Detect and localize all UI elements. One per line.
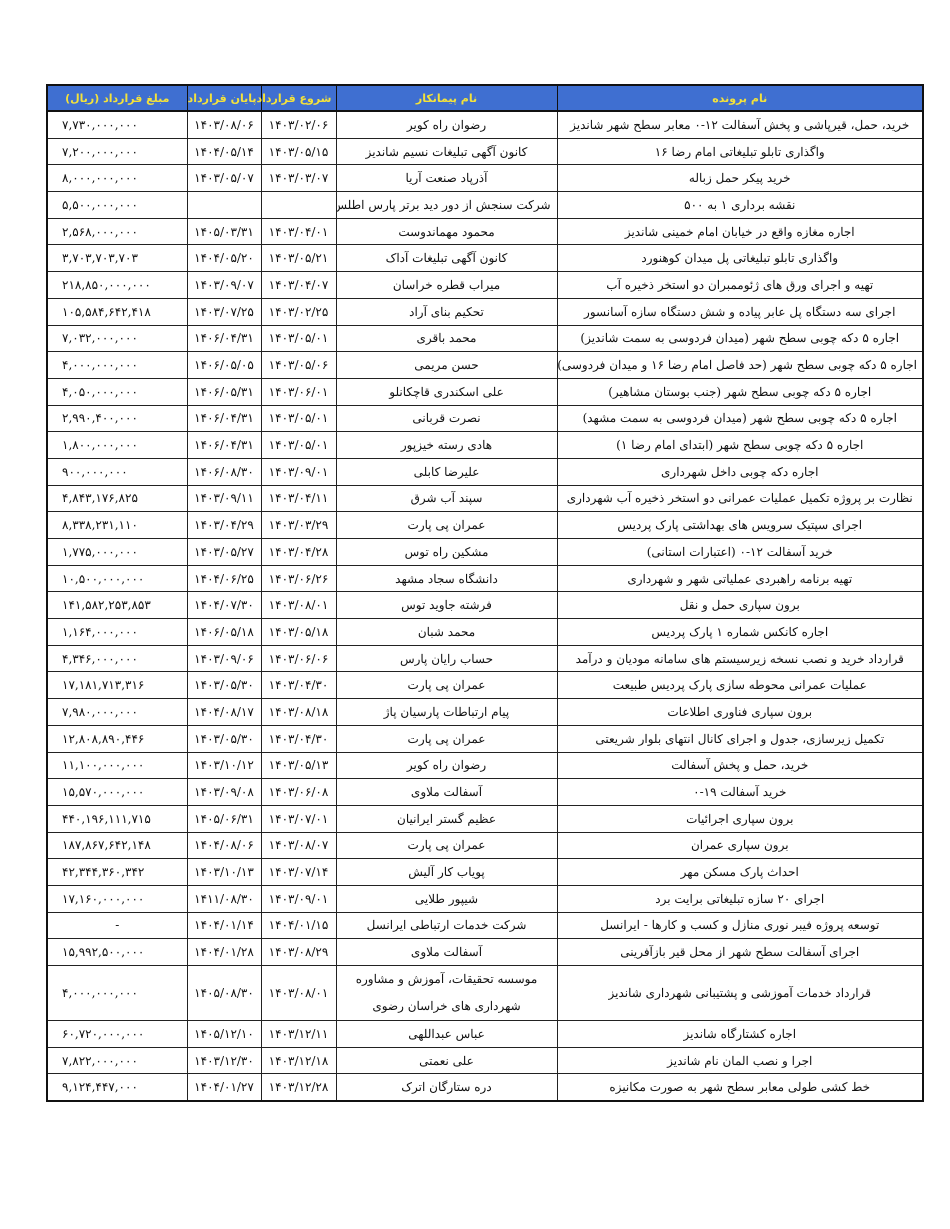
case-name: اجاره ۵ دکه چوبی سطح شهر (میدان فردوسی ب… (557, 405, 923, 432)
start-date: ۱۴۰۳/۰۵/۱۵ (261, 138, 336, 165)
amount: ۳,۷۰۳,۷۰۳,۷۰۳ (47, 245, 187, 272)
end-date: ۱۴۰۴/۰۸/۰۶ (187, 832, 261, 859)
amount: ۱۰۵,۵۸۴,۶۴۲,۴۱۸ (47, 298, 187, 325)
start-date: ۱۴۰۳/۰۷/۱۴ (261, 859, 336, 886)
contractor: عمران پی پارت (336, 725, 557, 752)
case-name: خرید، حمل، قیرپاشی و پخش آسفالت ۱۲-۰ معا… (557, 111, 923, 138)
case-name: برون سپاری عمران (557, 832, 923, 859)
start-date: ۱۴۰۳/۰۴/۰۱ (261, 218, 336, 245)
amount: ۲۱۸,۸۵۰,۰۰۰,۰۰۰ (47, 272, 187, 299)
table-row: اجاره دکه چوبی داخل شهرداریعلیرضا کابلی۱… (47, 458, 923, 485)
end-date: ۱۴۰۴/۰۱/۲۸ (187, 939, 261, 966)
amount: ۹,۱۲۴,۴۴۷,۰۰۰ (47, 1074, 187, 1101)
table-row: اجاره ۵ دکه چوبی سطح شهر (حد فاصل امام ر… (47, 352, 923, 379)
amount: ۴,۳۴۶,۰۰۰,۰۰۰ (47, 645, 187, 672)
header-end-date: پایان قرارداد (187, 85, 261, 111)
end-date: ۱۴۰۳/۰۵/۰۷ (187, 165, 261, 192)
end-date: ۱۴۰۴/۰۵/۱۴ (187, 138, 261, 165)
table-row: برون سپاری حمل و نقلفرشته جاوید توس۱۴۰۳/… (47, 592, 923, 619)
end-date: ۱۴۰۴/۰۶/۲۵ (187, 565, 261, 592)
amount: ۱۲,۸۰۸,۸۹۰,۴۴۶ (47, 725, 187, 752)
table-row: واگذاری تابلو تبلیغاتی پل میدان کوهنوردک… (47, 245, 923, 272)
contractor: دره ستارگان اترک (336, 1074, 557, 1101)
contractor: عباس عبداللهی (336, 1021, 557, 1048)
header-start-date: شروع قرارداد (261, 85, 336, 111)
table-row: خرید آسفالت ۱۹-۰آسفالت ملاوی۱۴۰۳/۰۶/۰۸۱۴… (47, 779, 923, 806)
contractor: شرکت سنجش از دور دید برتر پارس اطلس (336, 192, 557, 219)
amount: ۷,۸۲۲,۰۰۰,۰۰۰ (47, 1047, 187, 1074)
end-date: ۱۴۰۳/۰۵/۲۷ (187, 539, 261, 566)
header-contractor: نام پیمانکار (336, 85, 557, 111)
contractor: شیپور طلایی (336, 885, 557, 912)
amount: ۴۲,۳۴۴,۳۶۰,۳۴۲ (47, 859, 187, 886)
table-row: قرارداد خرید و نصب نسخه زیرسیستم های سام… (47, 645, 923, 672)
amount: ۱,۷۷۵,۰۰۰,۰۰۰ (47, 539, 187, 566)
case-name: برون سپاری اجرائیات (557, 805, 923, 832)
case-name: اجاره ۵ دکه چوبی سطح شهر (حد فاصل امام ر… (557, 352, 923, 379)
end-date: ۱۴۰۴/۰۵/۲۰ (187, 245, 261, 272)
contractor-line: شهرداری های خراسان رضوی (343, 993, 551, 1020)
end-date: ۱۴۰۳/۱۰/۱۳ (187, 859, 261, 886)
table-row: خرید، حمل و پخش آسفالترضوان راه کویر۱۴۰۳… (47, 752, 923, 779)
end-date: ۱۴۰۶/۰۵/۱۸ (187, 619, 261, 646)
end-date: ۱۴۰۶/۰۵/۳۱ (187, 378, 261, 405)
case-name: توسعه پروژه فیبر نوری منازل و کسب و کاره… (557, 912, 923, 939)
case-name: قرارداد خرید و نصب نسخه زیرسیستم های سام… (557, 645, 923, 672)
end-date: ۱۴۰۳/۱۲/۳۰ (187, 1047, 261, 1074)
start-date: ۱۴۰۳/۰۴/۰۷ (261, 272, 336, 299)
contracts-document: نام پرونده نام پیمانکار شروع قرارداد پای… (46, 84, 922, 1102)
start-date: ۱۴۰۳/۰۵/۱۸ (261, 619, 336, 646)
table-row: تهیه برنامه راهبردی عملیاتی شهر و شهردار… (47, 565, 923, 592)
end-date: ۱۴۰۴/۰۷/۳۰ (187, 592, 261, 619)
end-date: ۱۴۰۵/۰۳/۳۱ (187, 218, 261, 245)
amount: ۱,۱۶۴,۰۰۰,۰۰۰ (47, 619, 187, 646)
table-row: اجاره ۵ دکه چوبی سطح شهر (جنب بوستان مشا… (47, 378, 923, 405)
start-date: ۱۴۰۳/۰۲/۰۶ (261, 111, 336, 138)
start-date: ۱۴۰۳/۰۶/۰۸ (261, 779, 336, 806)
amount: ۴۴۰,۱۹۶,۱۱۱,۷۱۵ (47, 805, 187, 832)
start-date: ۱۴۰۳/۱۲/۲۸ (261, 1074, 336, 1101)
start-date: ۱۴۰۳/۰۵/۰۶ (261, 352, 336, 379)
table-row: اجرای سه دستگاه پل عابر پیاده و شش دستگا… (47, 298, 923, 325)
case-name: اجاره مغازه واقع در خیابان امام خمینی شا… (557, 218, 923, 245)
table-row: توسعه پروژه فیبر نوری منازل و کسب و کاره… (47, 912, 923, 939)
start-date: ۱۴۰۳/۰۸/۰۱ (261, 966, 336, 1021)
end-date: ۱۴۰۳/۰۵/۳۰ (187, 725, 261, 752)
table-row: اجرای ۲۰ سازه تبلیغاتی برایت بردشیپور طل… (47, 885, 923, 912)
start-date: ۱۴۰۳/۰۵/۱۳ (261, 752, 336, 779)
end-date: ۱۴۰۳/۰۸/۰۶ (187, 111, 261, 138)
table-row: برون سپاری فناوری اطلاعاتپیام ارتباطات پ… (47, 699, 923, 726)
contractor: علی نعمتی (336, 1047, 557, 1074)
amount: ۲,۹۹۰,۴۰۰,۰۰۰ (47, 405, 187, 432)
start-date: ۱۴۰۳/۰۵/۰۱ (261, 432, 336, 459)
amount: ۵,۵۰۰,۰۰۰,۰۰۰ (47, 192, 187, 219)
table-row: تهیه و اجرای ورق های ژئوممبران دو استخر … (47, 272, 923, 299)
case-name: عملیات عمرانی محوطه سازی پارک پردیس طبیع… (557, 672, 923, 699)
start-date: ۱۴۰۳/۰۵/۰۱ (261, 325, 336, 352)
contracts-table: نام پرونده نام پیمانکار شروع قرارداد پای… (46, 84, 924, 1102)
table-row: خط کشی طولی معابر سطح شهر به صورت مکانیز… (47, 1074, 923, 1101)
start-date: ۱۴۰۳/۰۶/۰۶ (261, 645, 336, 672)
amount: ۸,۳۳۸,۲۳۱,۱۱۰ (47, 512, 187, 539)
table-row: اجاره ۵ دکه چوبی سطح شهر (میدان فردوسی ب… (47, 405, 923, 432)
end-date: ۱۴۰۵/۰۸/۳۰ (187, 966, 261, 1021)
amount: ۷,۷۳۰,۰۰۰,۰۰۰ (47, 111, 187, 138)
contractor: عمران پی پارت (336, 672, 557, 699)
table-row: اجرای آسفالت سطح شهر از محل قیر بازآفرین… (47, 939, 923, 966)
start-date: ۱۴۰۳/۰۹/۰۱ (261, 458, 336, 485)
contractor: حسن مریمی (336, 352, 557, 379)
amount: ۷,۰۳۲,۰۰۰,۰۰۰ (47, 325, 187, 352)
case-name: تهیه و اجرای ورق های ژئوممبران دو استخر … (557, 272, 923, 299)
end-date (187, 192, 261, 219)
contractor: موسسه تحقیقات، آموزش و مشاورهشهرداری های… (336, 966, 557, 1021)
amount: ۱۵,۹۹۲,۵۰۰,۰۰۰ (47, 939, 187, 966)
end-date: ۱۴۰۳/۰۹/۰۸ (187, 779, 261, 806)
start-date: ۱۴۰۳/۰۸/۰۷ (261, 832, 336, 859)
case-name: خرید آسفالت ۱۲-۰ (اعتبارات استانی) (557, 539, 923, 566)
header-case-name: نام پرونده (557, 85, 923, 111)
end-date: ۱۴۰۴/۰۸/۱۷ (187, 699, 261, 726)
table-row: اجرا و نصب المان نام شاندیزعلی نعمتی۱۴۰۳… (47, 1047, 923, 1074)
contractor: علیرضا کابلی (336, 458, 557, 485)
amount: ۴,۸۴۳,۱۷۶,۸۲۵ (47, 485, 187, 512)
end-date: ۱۴۰۶/۰۴/۳۱ (187, 325, 261, 352)
table-row: برون سپاری عمرانعمران پی پارت۱۴۰۳/۰۸/۰۷۱… (47, 832, 923, 859)
end-date: ۱۴۰۶/۰۴/۳۱ (187, 405, 261, 432)
start-date: ۱۴۰۳/۰۲/۲۵ (261, 298, 336, 325)
table-row: نقشه برداری ۱ به ۵۰۰شرکت سنجش از دور دید… (47, 192, 923, 219)
contractor: هادی رسته خیزپور (336, 432, 557, 459)
start-date: ۱۴۰۳/۰۷/۰۱ (261, 805, 336, 832)
contractor: آسفالت ملاوی (336, 779, 557, 806)
end-date: ۱۴۰۳/۰۵/۳۰ (187, 672, 261, 699)
start-date: ۱۴۰۳/۱۲/۱۸ (261, 1047, 336, 1074)
end-date: ۱۴۰۳/۰۹/۱۱ (187, 485, 261, 512)
amount: ۱۷,۱۶۰,۰۰۰,۰۰۰ (47, 885, 187, 912)
end-date: ۱۴۰۳/۱۰/۱۲ (187, 752, 261, 779)
amount: ۹۰۰,۰۰۰,۰۰۰ (47, 458, 187, 485)
end-date: ۱۴۰۶/۰۴/۳۱ (187, 432, 261, 459)
contractor: تحکیم بنای آراد (336, 298, 557, 325)
table-row: برون سپاری اجرائیاتعظیم گستر ایرانیان۱۴۰… (47, 805, 923, 832)
amount: ۴,۰۵۰,۰۰۰,۰۰۰ (47, 378, 187, 405)
table-row: تکمیل زیرسازی، جدول و اجرای کانال انتهای… (47, 725, 923, 752)
table-row: اجاره کشتارگاه شاندیزعباس عبداللهی۱۴۰۳/۱… (47, 1021, 923, 1048)
contractor: حساب رایان پارس (336, 645, 557, 672)
table-row: قرارداد خدمات آموزشی و پشتیبانی شهرداری … (47, 966, 923, 1021)
contractor: کانون آگهی تبلیغات نسیم شاندیز (336, 138, 557, 165)
case-name: اجرای سپتیک سرویس های بهداشتی پارک پردیس (557, 512, 923, 539)
table-row: احداث پارک مسکن مهرپویاب کار آلیش۱۴۰۳/۰۷… (47, 859, 923, 886)
end-date: ۱۴۰۳/۰۹/۰۷ (187, 272, 261, 299)
case-name: اجاره کانکس شماره ۱ پارک پردیس (557, 619, 923, 646)
case-name: واگذاری تابلو تبلیغاتی امام رضا ۱۶ (557, 138, 923, 165)
table-row: خرید پیکر حمل زبالهآذرپاد صنعت آریا۱۴۰۳/… (47, 165, 923, 192)
case-name: اجرای آسفالت سطح شهر از محل قیر بازآفرین… (557, 939, 923, 966)
case-name: اجاره ۵ دکه چوبی سطح شهر (ابتدای امام رض… (557, 432, 923, 459)
table-row: اجاره ۵ دکه چوبی سطح شهر (میدان فردوسی ب… (47, 325, 923, 352)
amount: ۱۸۷,۸۶۷,۶۴۲,۱۴۸ (47, 832, 187, 859)
contractor: کانون آگهی تبلیغات آداک (336, 245, 557, 272)
case-name: برون سپاری حمل و نقل (557, 592, 923, 619)
start-date: ۱۴۰۳/۱۲/۱۱ (261, 1021, 336, 1048)
start-date: ۱۴۰۳/۰۵/۰۱ (261, 405, 336, 432)
contractor: دانشگاه سجاد مشهد (336, 565, 557, 592)
end-date: ۱۴۰۵/۰۶/۳۱ (187, 805, 261, 832)
table-row: اجاره کانکس شماره ۱ پارک پردیسمحمد شبان۱… (47, 619, 923, 646)
start-date: ۱۴۰۳/۰۳/۲۹ (261, 512, 336, 539)
start-date (261, 192, 336, 219)
table-row: نظارت بر پروژه تکمیل عملیات عمرانی دو اس… (47, 485, 923, 512)
contractor: عمران پی پارت (336, 832, 557, 859)
contractor: مشکین راه توس (336, 539, 557, 566)
contractor: فرشته جاوید توس (336, 592, 557, 619)
contractor: پیام ارتباطات پارسیان پاژ (336, 699, 557, 726)
case-name: تهیه برنامه راهبردی عملیاتی شهر و شهردار… (557, 565, 923, 592)
start-date: ۱۴۰۳/۰۶/۲۶ (261, 565, 336, 592)
contractor: آسفالت ملاوی (336, 939, 557, 966)
amount: - (47, 912, 187, 939)
start-date: ۱۴۰۴/۰۱/۱۵ (261, 912, 336, 939)
start-date: ۱۴۰۳/۰۴/۲۸ (261, 539, 336, 566)
contractor: عظیم گستر ایرانیان (336, 805, 557, 832)
amount: ۴,۰۰۰,۰۰۰,۰۰۰ (47, 352, 187, 379)
start-date: ۱۴۰۳/۰۴/۳۰ (261, 725, 336, 752)
case-name: اجرا و نصب المان نام شاندیز (557, 1047, 923, 1074)
end-date: ۱۴۰۵/۱۲/۱۰ (187, 1021, 261, 1048)
start-date: ۱۴۰۳/۰۴/۱۱ (261, 485, 336, 512)
contractor: میراب قطره خراسان (336, 272, 557, 299)
case-name: خرید پیکر حمل زباله (557, 165, 923, 192)
end-date: ۱۴۰۳/۰۷/۲۵ (187, 298, 261, 325)
end-date: ۱۴۰۶/۰۸/۳۰ (187, 458, 261, 485)
end-date: ۱۴۱۱/۰۸/۳۰ (187, 885, 261, 912)
case-name: قرارداد خدمات آموزشی و پشتیبانی شهرداری … (557, 966, 923, 1021)
table-row: خرید، حمل، قیرپاشی و پخش آسفالت ۱۲-۰ معا… (47, 111, 923, 138)
contractor: آذرپاد صنعت آریا (336, 165, 557, 192)
case-name: خرید، حمل و پخش آسفالت (557, 752, 923, 779)
case-name: اجاره کشتارگاه شاندیز (557, 1021, 923, 1048)
table-row: خرید آسفالت ۱۲-۰ (اعتبارات استانی)مشکین … (47, 539, 923, 566)
end-date: ۱۴۰۳/۰۹/۰۶ (187, 645, 261, 672)
table-row: عملیات عمرانی محوطه سازی پارک پردیس طبیع… (47, 672, 923, 699)
contractor: عمران پی پارت (336, 512, 557, 539)
amount: ۶۰,۷۲۰,۰۰۰,۰۰۰ (47, 1021, 187, 1048)
table-row: واگذاری تابلو تبلیغاتی امام رضا ۱۶کانون … (47, 138, 923, 165)
case-name: اجاره دکه چوبی داخل شهرداری (557, 458, 923, 485)
contractor-line: موسسه تحقیقات، آموزش و مشاوره (343, 966, 551, 993)
case-name: نقشه برداری ۱ به ۵۰۰ (557, 192, 923, 219)
case-name: تکمیل زیرسازی، جدول و اجرای کانال انتهای… (557, 725, 923, 752)
case-name: خط کشی طولی معابر سطح شهر به صورت مکانیز… (557, 1074, 923, 1101)
case-name: برون سپاری فناوری اطلاعات (557, 699, 923, 726)
start-date: ۱۴۰۳/۰۹/۰۱ (261, 885, 336, 912)
case-name: اجرای ۲۰ سازه تبلیغاتی برایت برد (557, 885, 923, 912)
contractor: پویاب کار آلیش (336, 859, 557, 886)
table-row: اجاره مغازه واقع در خیابان امام خمینی شا… (47, 218, 923, 245)
contractor: محمود مهماندوست (336, 218, 557, 245)
case-name: احداث پارک مسکن مهر (557, 859, 923, 886)
amount: ۱۰,۵۰۰,۰۰۰,۰۰۰ (47, 565, 187, 592)
table-header-row: نام پرونده نام پیمانکار شروع قرارداد پای… (47, 85, 923, 111)
case-name: اجرای سه دستگاه پل عابر پیاده و شش دستگا… (557, 298, 923, 325)
table-row: اجرای سپتیک سرویس های بهداشتی پارک پردیس… (47, 512, 923, 539)
start-date: ۱۴۰۳/۰۴/۳۰ (261, 672, 336, 699)
amount: ۱۴۱,۵۸۲,۲۵۳,۸۵۳ (47, 592, 187, 619)
end-date: ۱۴۰۶/۰۵/۰۵ (187, 352, 261, 379)
case-name: نظارت بر پروژه تکمیل عملیات عمرانی دو اس… (557, 485, 923, 512)
table-row: اجاره ۵ دکه چوبی سطح شهر (ابتدای امام رض… (47, 432, 923, 459)
amount: ۸,۰۰۰,۰۰۰,۰۰۰ (47, 165, 187, 192)
start-date: ۱۴۰۳/۰۸/۲۹ (261, 939, 336, 966)
amount: ۱۵,۵۷۰,۰۰۰,۰۰۰ (47, 779, 187, 806)
start-date: ۱۴۰۳/۰۸/۰۱ (261, 592, 336, 619)
case-name: اجاره ۵ دکه چوبی سطح شهر (جنب بوستان مشا… (557, 378, 923, 405)
end-date: ۱۴۰۴/۰۱/۱۴ (187, 912, 261, 939)
case-name: واگذاری تابلو تبلیغاتی پل میدان کوهنورد (557, 245, 923, 272)
amount: ۷,۲۰۰,۰۰۰,۰۰۰ (47, 138, 187, 165)
contractor: سپند آب شرق (336, 485, 557, 512)
amount: ۲,۵۶۸,۰۰۰,۰۰۰ (47, 218, 187, 245)
amount: ۱۷,۱۸۱,۷۱۳,۳۱۶ (47, 672, 187, 699)
case-name: خرید آسفالت ۱۹-۰ (557, 779, 923, 806)
amount: ۱,۸۰۰,۰۰۰,۰۰۰ (47, 432, 187, 459)
contractor: شرکت خدمات ارتباطی ایرانسل (336, 912, 557, 939)
amount: ۷,۹۸۰,۰۰۰,۰۰۰ (47, 699, 187, 726)
header-amount: مبلغ قرارداد (ریال) (47, 85, 187, 111)
end-date: ۱۴۰۴/۰۱/۲۷ (187, 1074, 261, 1101)
contractor: علی اسکندری قاچکانلو (336, 378, 557, 405)
contractor: رضوان راه کویر (336, 111, 557, 138)
start-date: ۱۴۰۳/۰۵/۲۱ (261, 245, 336, 272)
amount: ۱۱,۱۰۰,۰۰۰,۰۰۰ (47, 752, 187, 779)
contractor: محمد شبان (336, 619, 557, 646)
contractor: رضوان راه کویر (336, 752, 557, 779)
start-date: ۱۴۰۳/۰۶/۰۱ (261, 378, 336, 405)
contractor: نصرت قربانی (336, 405, 557, 432)
amount: ۴,۰۰۰,۰۰۰,۰۰۰ (47, 966, 187, 1021)
case-name: اجاره ۵ دکه چوبی سطح شهر (میدان فردوسی ب… (557, 325, 923, 352)
start-date: ۱۴۰۳/۰۳/۰۷ (261, 165, 336, 192)
end-date: ۱۴۰۳/۰۴/۲۹ (187, 512, 261, 539)
contractor: محمد باقری (336, 325, 557, 352)
start-date: ۱۴۰۳/۰۸/۱۸ (261, 699, 336, 726)
